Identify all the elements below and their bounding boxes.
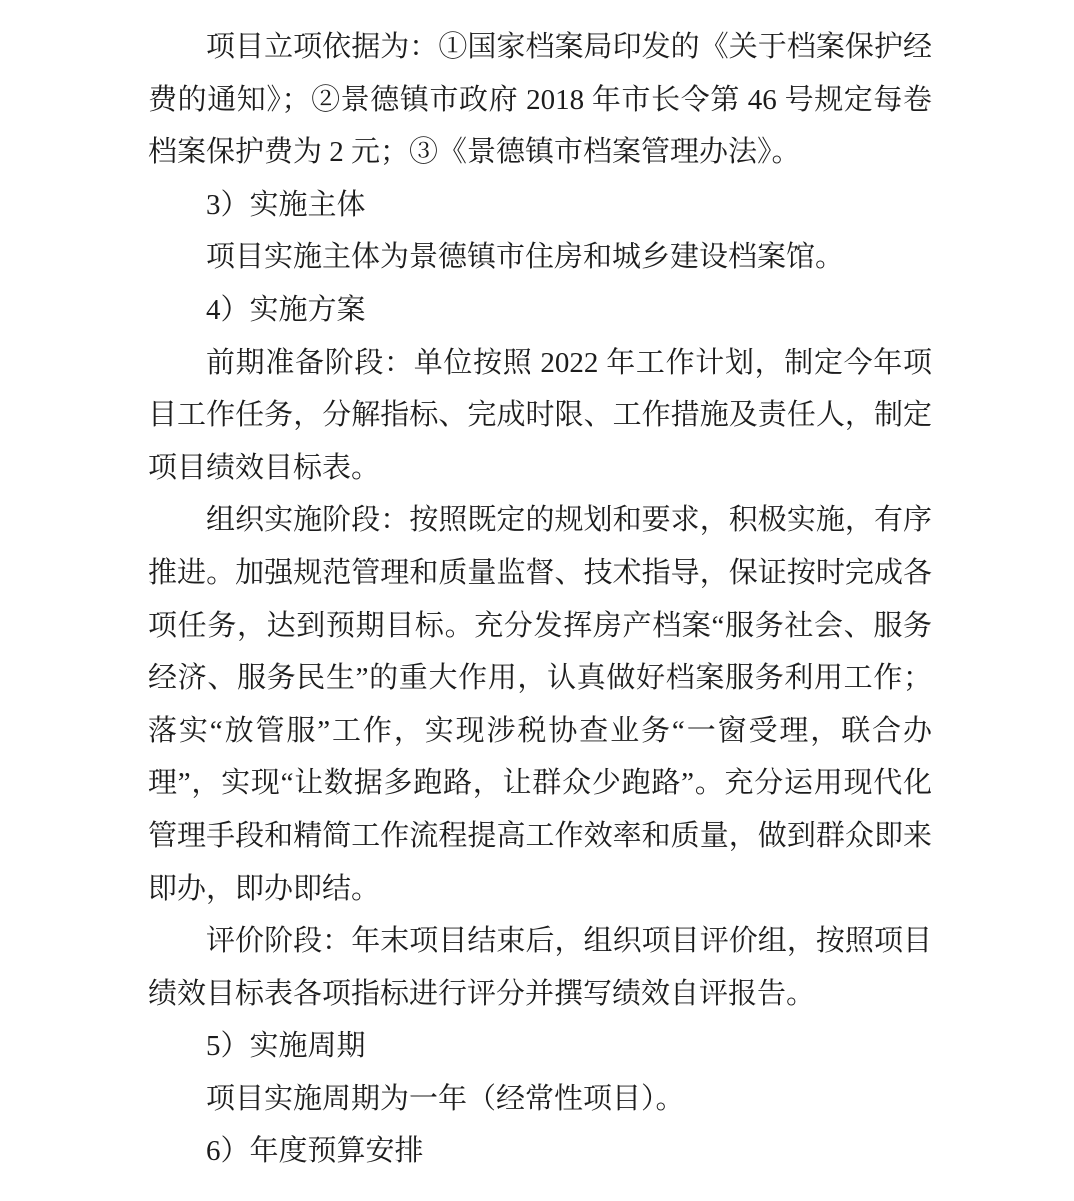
para-organization-stage: 组织实施阶段：按照既定的规划和要求，积极实施，有序推进。加强规范管理和质量监督、… [148, 494, 932, 915]
heading-4-implementation-plan: 4）实施方案 [148, 284, 932, 337]
heading-5-implementation-cycle: 5）实施周期 [148, 1020, 932, 1073]
para-preparation-stage: 前期准备阶段：单位按照 2022 年工作计划，制定今年项目工作任务，分解指标、完… [148, 337, 932, 495]
para-implementation-subject: 项目实施主体为景德镇市住房和城乡建设档案馆。 [148, 231, 932, 284]
heading-6-annual-budget: 6）年度预算安排 [148, 1125, 932, 1178]
document-page: 项目立项依据为：①国家档案局印发的《关于档案保护经费的通知》；②景德镇市政府 2… [0, 0, 1074, 1201]
para-implementation-cycle: 项目实施周期为一年（经常性项目）。 [148, 1073, 932, 1126]
para-project-approval-basis: 项目立项依据为：①国家档案局印发的《关于档案保护经费的通知》；②景德镇市政府 2… [148, 21, 932, 179]
heading-3-implementation-subject: 3）实施主体 [148, 179, 932, 232]
para-evaluation-stage: 评价阶段：年末项目结束后，组织项目评价组，按照项目绩效目标表各项指标进行评分并撰… [148, 915, 932, 1020]
